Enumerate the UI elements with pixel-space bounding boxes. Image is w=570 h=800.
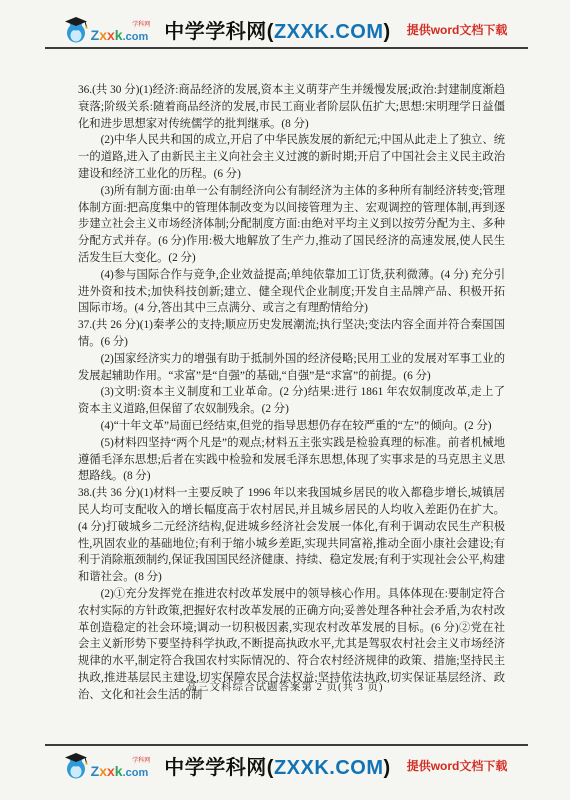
site-title-domain: ZXXK.COM <box>274 21 384 43</box>
brand-letter: k <box>115 27 123 43</box>
answer-text-body: 36.(共 30 分)(1)经济:商品经济的发展,资本主义萌芽产生并缓慢发展;政… <box>78 82 505 703</box>
site-title-paren: ) <box>384 757 391 779</box>
site-title-paren: ) <box>384 21 391 43</box>
brand-domain: .com <box>123 31 149 43</box>
download-tagline: 提供word文档下载 <box>407 21 508 38</box>
site-title: 中学学科网(ZXXK.COM) <box>164 15 390 44</box>
site-title-domain: ZXXK.COM <box>274 757 384 779</box>
answer-paragraph-q37-2: (2)国家经济实力的增强有助于抵制外国的经济侵略;民用工业的发展对军事工业的发展… <box>78 351 505 385</box>
site-title-name: 中学学科网 <box>164 21 267 43</box>
answer-paragraph-q37-3: (3)文明:资本主义制度和工业革命。(2 分)结果:进行 1861 年农奴制度改… <box>78 384 505 418</box>
footer-divider <box>45 744 528 746</box>
answer-paragraph-q36-2: (2)中华人民共和国的成立,开启了中华民族发展的新纪元;中国从此走上了独立、统一… <box>78 132 505 182</box>
brand-letter: x <box>99 27 107 43</box>
download-tagline: 提供word文档下载 <box>407 757 508 774</box>
zxxk-logo: Zxxk.com学科网 <box>63 751 149 779</box>
brand-letter: Z <box>91 27 100 43</box>
brand-tiny-label: 学科网 <box>132 22 150 28</box>
site-banner-bottom: Zxxk.com学科网 中学学科网(ZXXK.COM) 提供word文档下载 <box>0 748 570 782</box>
page-number-label: 高三文科综合试题答案第 2 页(共 3 页) <box>0 679 570 694</box>
zxxk-brand-text: Zxxk.com学科网 <box>91 28 149 43</box>
zxxk-brand-text: Zxxk.com学科网 <box>91 764 149 779</box>
zxxk-logo: Zxxk.com学科网 <box>63 15 149 43</box>
answer-paragraph-q37-1: 37.(共 26 分)(1)秦孝公的支持;顺应历史发展潮流;执行坚决;变法内容全… <box>78 317 505 351</box>
brand-letter: x <box>107 763 115 779</box>
brand-tiny-label: 学科网 <box>132 758 150 764</box>
answer-paragraph-q37-4: (4)“十年文革”局面已经结束,但党的指导思想仍存在较严重的“左”的倾向。(2 … <box>78 418 505 435</box>
answer-paragraph-q36-3: (3)所有制方面:由单一公有制经济向公有制经济为主体的多种所有制经济转变;管理体… <box>78 183 505 267</box>
brand-letter: x <box>99 763 107 779</box>
answer-paragraph-q37-5: (5)材料四坚持“两个凡是”的观点;材料五主张实践是检验真理的标准。前者机械地遵… <box>78 435 505 485</box>
graduate-mascot-icon <box>63 15 89 43</box>
site-title-name: 中学学科网 <box>164 757 267 779</box>
site-title-paren: ( <box>267 21 274 43</box>
answer-paragraph-q36-4: (4)参与国际合作与竞争,企业效益提高;单纯依靠加工订货,获利微薄。(4 分) … <box>78 267 505 317</box>
header-divider <box>45 47 528 49</box>
answer-paragraph-q36-1: 36.(共 30 分)(1)经济:商品经济的发展,资本主义萌芽产生并缓慢发展;政… <box>78 82 505 132</box>
site-banner-top: Zxxk.com学科网 中学学科网(ZXXK.COM) 提供word文档下载 <box>0 12 570 46</box>
graduate-mascot-icon <box>63 751 89 779</box>
site-title-paren: ( <box>267 757 274 779</box>
site-title: 中学学科网(ZXXK.COM) <box>164 751 390 780</box>
brand-letter: k <box>115 763 123 779</box>
answer-paragraph-q38-1: 38.(共 36 分)(1)材料一主要反映了 1996 年以来我国城乡居民的收入… <box>78 485 505 586</box>
brand-domain: .com <box>123 767 149 779</box>
brand-letter: Z <box>91 763 100 779</box>
brand-letter: x <box>107 27 115 43</box>
scanned-answer-sheet-page: Zxxk.com学科网 中学学科网(ZXXK.COM) 提供word文档下载 3… <box>0 0 570 800</box>
